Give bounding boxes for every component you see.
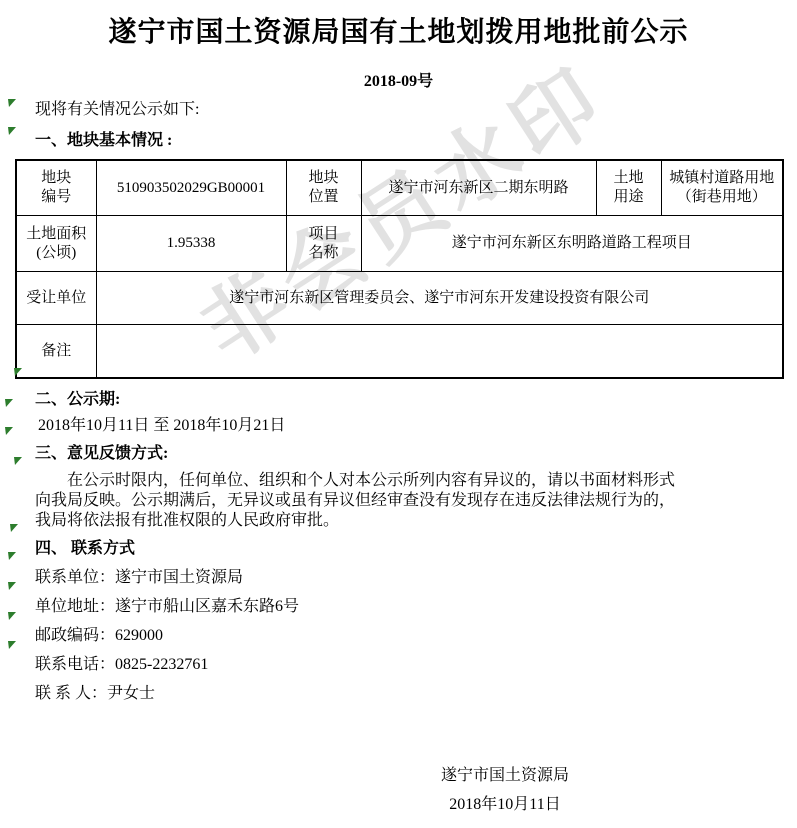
contact-unit: 联系单位：遂宁市国土资源局 bbox=[35, 568, 797, 588]
cell-label-transferee: 受让单位 bbox=[16, 272, 96, 325]
doc-number: 2018-09号 bbox=[0, 72, 797, 92]
contact-address: 单位地址：遂宁市船山区嘉禾东路6号 bbox=[35, 597, 797, 617]
land-info-table: 地块 编号 510903502029GB00001 地块 位置 遂宁市河东新区二… bbox=[15, 159, 784, 379]
cell-value-transferee: 遂宁市河东新区管理委员会、遂宁市河东开发建设投资有限公司 bbox=[96, 272, 783, 325]
signature-block: 遂宁市国土资源局 2018年10月11日 bbox=[375, 766, 635, 815]
page-title: 遂宁市国土资源局国有土地划拨用地批前公示 bbox=[0, 0, 797, 51]
contact-person: 联 系 人：尹女士 bbox=[35, 684, 797, 704]
cell-value-land-use: 城镇村道路用地 （街巷用地） bbox=[661, 160, 783, 216]
cell-label-parcel-number: 地块 编号 bbox=[16, 160, 96, 216]
cell-label-land-area: 土地面积 (公顷) bbox=[16, 216, 96, 272]
section-heading-basic-info: 一、地块基本情况 : bbox=[35, 131, 797, 151]
cell-label-parcel-location: 地块 位置 bbox=[286, 160, 361, 216]
feedback-paragraph: 在公示时限内，任何单位、组织和个人对本公示所列内容有异议的，请以书面材料形式 向… bbox=[35, 471, 755, 531]
cell-label-project-name: 项目 名称 bbox=[286, 216, 361, 272]
section-heading-contact: 四、 联系方式 bbox=[35, 539, 797, 559]
cell-label-remarks: 备注 bbox=[16, 325, 96, 379]
cell-value-land-area: 1.95338 bbox=[96, 216, 286, 272]
contact-phone: 联系电话：0825-2232761 bbox=[35, 655, 797, 675]
signature-date: 2018年10月11日 bbox=[375, 795, 635, 815]
section-heading-feedback: 三、意见反馈方式: bbox=[35, 444, 797, 464]
signature-org: 遂宁市国土资源局 bbox=[375, 766, 635, 786]
cell-value-remarks bbox=[96, 325, 783, 379]
cell-value-project-name: 遂宁市河东新区东明路道路工程项目 bbox=[361, 216, 783, 272]
cell-value-parcel-location: 遂宁市河东新区二期东明路 bbox=[361, 160, 596, 216]
section-heading-publicity-period: 二、公示期: bbox=[35, 390, 797, 410]
publicity-period-text: 2018年10月11日 至 2018年10月21日 bbox=[38, 416, 797, 436]
contact-postcode: 邮政编码：629000 bbox=[35, 626, 797, 646]
cell-value-parcel-number: 510903502029GB00001 bbox=[96, 160, 286, 216]
intro-text: 现将有关情况公示如下: bbox=[35, 100, 797, 120]
cell-label-land-use: 土地 用途 bbox=[596, 160, 661, 216]
